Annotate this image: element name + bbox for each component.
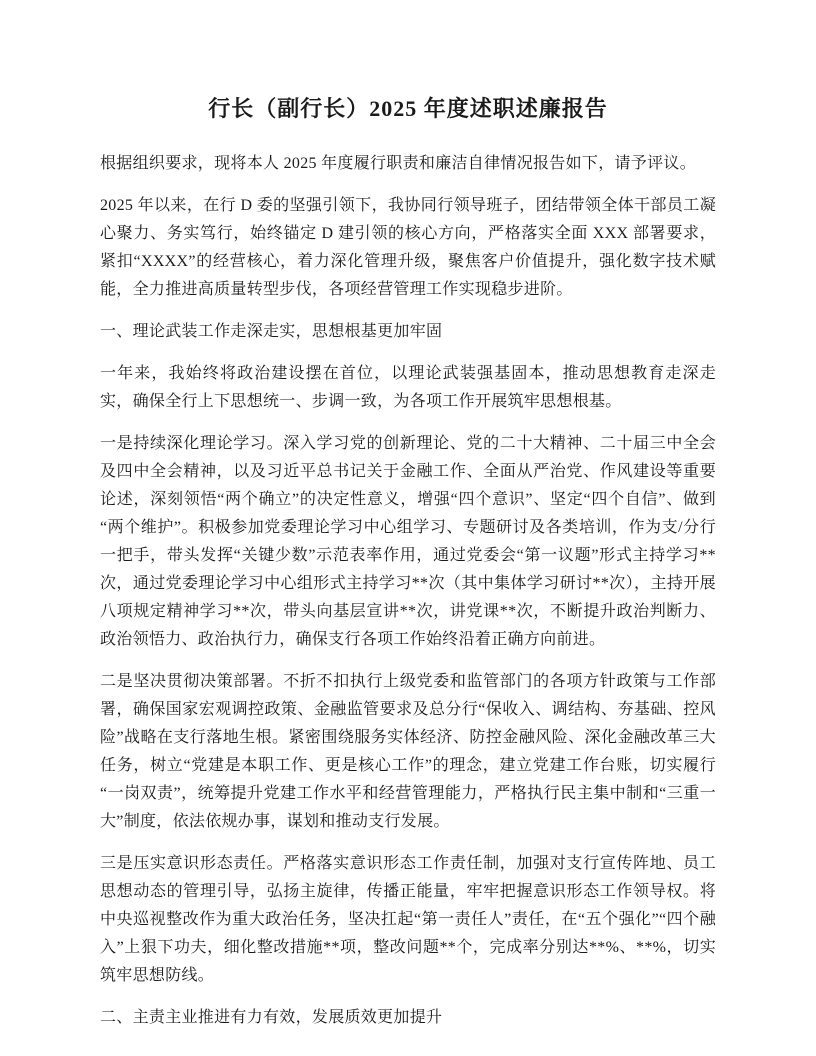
paragraph-section1-lead: 一年来，我始终将政治建设摆在首位，以理论武装强基固本，推动思想教育走深走实，确保… (100, 360, 716, 416)
document-title: 行长（副行长）2025 年度述职述廉报告 (100, 93, 716, 125)
paragraph-point-2: 二是坚决贯彻决策部署。不折不扣执行上级党委和监管部门的各项方针政策与工作部署，确… (100, 668, 716, 836)
paragraph-point-1: 一是持续深化理论学习。深入学习党的创新理论、党的二十大精神、二十届三中全会及四中… (100, 430, 716, 654)
paragraph-point-3: 三是压实意识形态责任。严格落实意识形态工作责任制，加强对支行宣传阵地、员工思想动… (100, 850, 716, 990)
paragraph-intro: 根据组织要求，现将本人 2025 年度履行职责和廉洁自律情况报告如下，请予评议。 (100, 150, 716, 178)
section-heading-1: 一、理论武装工作走深走实，思想根基更加牢固 (100, 318, 716, 346)
document-page: 行长（副行长）2025 年度述职述廉报告 根据组织要求，现将本人 2025 年度… (0, 0, 816, 1056)
section-heading-2: 二、主责主业推进有力有效，发展质效更加提升 (100, 1004, 716, 1032)
paragraph-overview: 2025 年以来，在行 D 委的坚强引领下，我协同行领导班子，团结带领全体干部员… (100, 192, 716, 304)
